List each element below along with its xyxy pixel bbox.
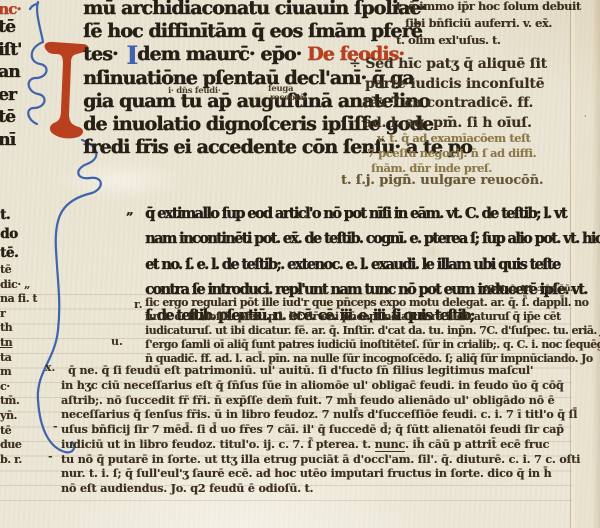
margin-letter-x: x.: [45, 361, 55, 374]
gloss-line: tu nō q̄ putarē in ſorte. ut ttʒ illa et…: [61, 452, 580, 467]
margin-fragment: nī: [0, 129, 21, 152]
gloss-line: ur. t. e. ff. doſſō. pfec. p.l. lic̄ dr̄…: [145, 310, 600, 324]
gloss-line: nō eſt audiendus. Jo. q2 feudū ē odioſū.…: [61, 481, 580, 496]
margin-dash: -: [53, 420, 58, 433]
gloss-line: neceſſarius q̄ ſenſus fr̄is. ū in libro …: [61, 407, 580, 422]
gloss-line: uſus bn̄ficij ſir 7 mēd̄. ſi d̄ uo fr̄es…: [61, 422, 580, 437]
inserted-citation-note: .XVII. q̄. III. ɔ q̄ ſ āū.: [482, 284, 573, 294]
ink-speck: ·: [584, 112, 587, 121]
gloss-line: ÷ Sed hīc patʒ q̄ aliquē ſit: [349, 55, 547, 75]
gloss-line: v. t. q̄ ad examīacōem teſt: [377, 131, 536, 146]
margin-fragment: t.: [0, 206, 18, 225]
gloss-line: q̄ ne. q̄ ſi feudū eſt patrimoniū. ul' a…: [68, 363, 580, 378]
margin-fragment: tē: [0, 16, 21, 39]
text-line: nam incontinēti pot. ex̄. de teſtib. cog…: [145, 226, 600, 251]
lower-gloss-part1: ſic ergo regulari pōt ille iud'r que pn̄…: [145, 296, 600, 366]
manuscript-page-photo: nc· tē iſt' an er tē nī t. do tē. tē dic…: [0, 0, 600, 528]
marginal-gloss-right-faded: v. t. q̄ ad examīacōem teſt 7 pceſſu neg…: [367, 131, 536, 176]
marginal-gloss-right-2: ÷ Sed hīc patʒ q̄ aliquē ſit parte iudic…: [349, 55, 547, 133]
gloss-line: ſibi bn̄ficiū auferri. v. ex̄.: [405, 15, 581, 32]
gloss-line: t. q̄ immo ip̄r hoc ſolum debuit: [396, 0, 581, 15]
text-span: dem maurc̄· ep̄o·: [137, 43, 301, 65]
lower-gloss-part2: q̄ ne. q̄ ſi feudū eſt patrimoniū. ul' a…: [61, 363, 580, 496]
margin-fragment: er: [0, 84, 21, 107]
margin-letter-r: r.: [134, 298, 143, 311]
margin-fragment: iſt': [0, 39, 21, 62]
gloss-line: iudiciū ut in libro feudoz. titul'o. ij.…: [61, 437, 580, 452]
text-line: q̄ extimallo ſup eod articl'o nō pot nīſ…: [145, 201, 600, 226]
margin-letter-u: u.: [111, 335, 123, 348]
margin-fragment: an: [0, 61, 21, 84]
text-line: et no. ſ. e. l. de teſtib;. extenoc. e. …: [145, 252, 600, 277]
margin-fragments-bookhand: tē iſt' an er tē nī: [0, 16, 21, 151]
red-initial-glyph: [45, 42, 89, 139]
gloss-line: t. olim exl'uſus. t.: [396, 32, 581, 49]
margin-fragments-mid: t. do tē.: [0, 206, 18, 263]
marginal-gloss-right-4: t. ſ.j. pign̄. uulgare reuocōn̄.: [341, 173, 543, 188]
gloss-line: in hʒc ciū neceſſarius eſt q̄ ſn̄ſus ſūe…: [61, 378, 580, 393]
text-span: tes·: [83, 43, 118, 65]
margin-fragment: tē: [0, 106, 21, 129]
text-span: iudiciū ut in libro feudoz. titul'o. ij.…: [61, 437, 375, 451]
gloss-line: iudicaturuſ. ut ibi dicatur. fē. ar. q̄.…: [145, 324, 600, 338]
gloss-line: parte iudicis inconſultē: [365, 75, 547, 95]
paragraph-mark: „: [126, 203, 133, 218]
gloss-line: nur. t. i. ſ; q̄ ſull'eul'ʒ ſaurē ecē. a…: [61, 466, 580, 481]
margin-dash: -: [48, 450, 53, 463]
text-span: . ih̄ cāū p attrit̄ ecē fruc: [405, 437, 549, 451]
gloss-line: aſtrib;. nō ſuccedit fr̄ fr̄i. n̄ exp̄ſſ…: [61, 393, 580, 408]
gloss-line: ſic ergo regulari pōt ille iud'r que pn̄…: [145, 296, 600, 310]
interlinear-gloss: i· dn̄s feudi·: [168, 86, 221, 96]
marginal-gloss-top-right: t. q̄ immo ip̄r hoc ſolum debuit ſibi bn…: [396, 0, 581, 48]
gloss-line: ſ'ergo ſamli oī aliq̄ ſunt patres iudici…: [145, 338, 600, 352]
margin-fragment: do: [0, 225, 18, 244]
gloss-line: tēs 7 ca contradicē. ff.: [363, 94, 547, 114]
underlined-word: nunc: [375, 437, 405, 453]
gloss-line: 7 pceſſu negocij. n̄ ſ ad diffi.: [367, 146, 536, 161]
interlinear-gloss: recepim̄: [270, 93, 307, 103]
margin-fragment: tē.: [0, 244, 18, 263]
